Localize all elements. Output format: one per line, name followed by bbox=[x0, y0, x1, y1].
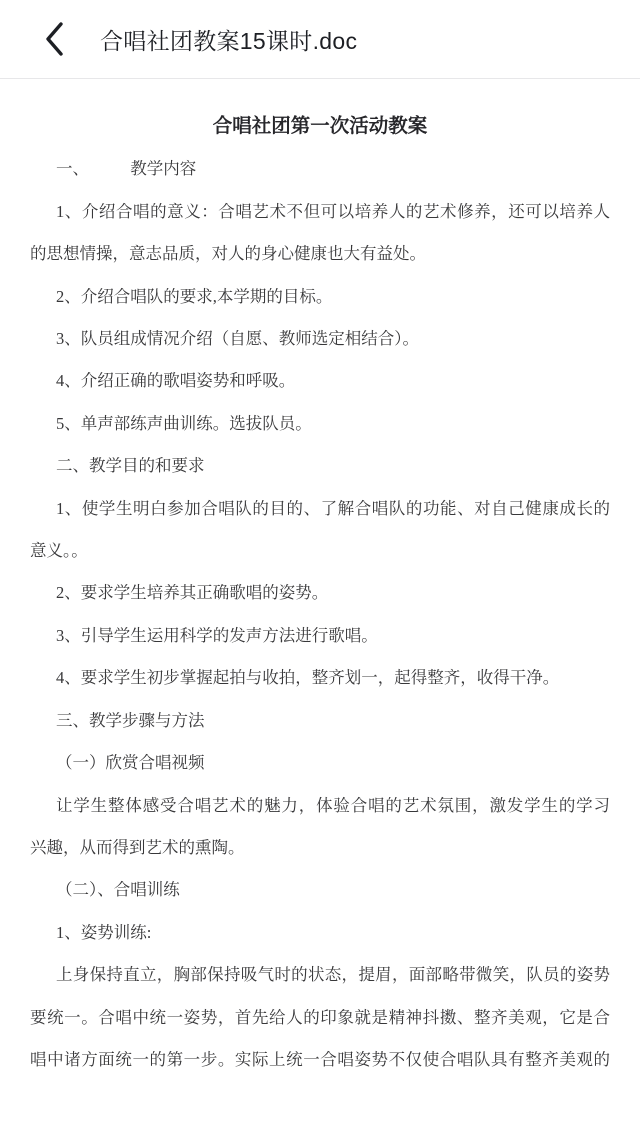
paragraph-line: （一）欣赏合唱视频 bbox=[30, 742, 610, 784]
paragraph-line: 5、单声部练声曲训练。选拔队员。 bbox=[30, 403, 610, 445]
paragraph-line: 2、要求学生培养其正确歌唱的姿势。 bbox=[30, 572, 610, 614]
paragraph-line: 3、引导学生运用科学的发声方法进行歌唱。 bbox=[30, 615, 610, 657]
paragraph-line: 上身保持直立，胸部保持吸气时的状态，提眉，面部略带微笑，队员的姿势 bbox=[30, 954, 610, 996]
paragraph-line: 1、使学生明白参加合唱队的目的、了解合唱队的功能、对自己健康成长的 bbox=[30, 488, 610, 530]
paragraph-line: 1、介绍合唱的意义：合唱艺术不但可以培养人的艺术修养，还可以培养人 bbox=[30, 191, 610, 233]
chevron-left-icon bbox=[42, 21, 66, 57]
paragraph-line: 的思想情操，意志品质，对人的身心健康也大有益处。 bbox=[30, 233, 610, 275]
document-title: 合唱社团第一次活动教案 bbox=[30, 106, 610, 148]
paragraph-line: 兴趣，从而得到艺术的熏陶。 bbox=[30, 827, 610, 869]
paragraph-line: （二）、合唱训练 bbox=[30, 869, 610, 911]
paragraph-line: 3、队员组成情况介绍（自愿、教师选定相结合）。 bbox=[30, 318, 610, 360]
paragraph-line: 二、教学目的和要求 bbox=[30, 445, 610, 487]
paragraph-line: 让学生整体感受合唱艺术的魅力，体验合唱的艺术氛围，激发学生的学习 bbox=[30, 785, 610, 827]
paragraph-line: 4、介绍正确的歌唱姿势和呼吸。 bbox=[30, 360, 610, 402]
paragraph-line: 2、介绍合唱队的要求,本学期的目标。 bbox=[30, 276, 610, 318]
back-button[interactable] bbox=[42, 18, 72, 60]
document-viewer-app: 合唱社团教案15课时.doc 合唱社团第一次活动教案 一、 教学内容1、介绍合唱… bbox=[0, 0, 640, 1133]
paragraph-line: 要统一。合唱中统一姿势，首先给人的印象就是精神抖擞、整齐美观，它是合 bbox=[30, 997, 610, 1039]
paragraph-line: 三、教学步骤与方法 bbox=[30, 700, 610, 742]
document-filename: 合唱社团教案15课时.doc bbox=[100, 23, 357, 56]
paragraph-line: 意义。。 bbox=[30, 530, 610, 572]
document-body: 一、 教学内容1、介绍合唱的意义：合唱艺术不但可以培养人的艺术修养，还可以培养人… bbox=[30, 148, 610, 1081]
paragraph-line: 一、 教学内容 bbox=[30, 148, 610, 190]
paragraph-line: 唱中诸方面统一的第一步。实际上统一合唱姿势不仅使合唱队具有整齐美观的 bbox=[30, 1039, 610, 1081]
document-page[interactable]: 合唱社团第一次活动教案 一、 教学内容1、介绍合唱的意义：合唱艺术不但可以培养人… bbox=[0, 79, 640, 1132]
paragraph-line: 1、姿势训练: bbox=[30, 912, 610, 954]
paragraph-line: 4、要求学生初步掌握起拍与收拍，整齐划一，起得整齐，收得干净。 bbox=[30, 657, 610, 699]
header-bar: 合唱社团教案15课时.doc bbox=[0, 0, 640, 79]
